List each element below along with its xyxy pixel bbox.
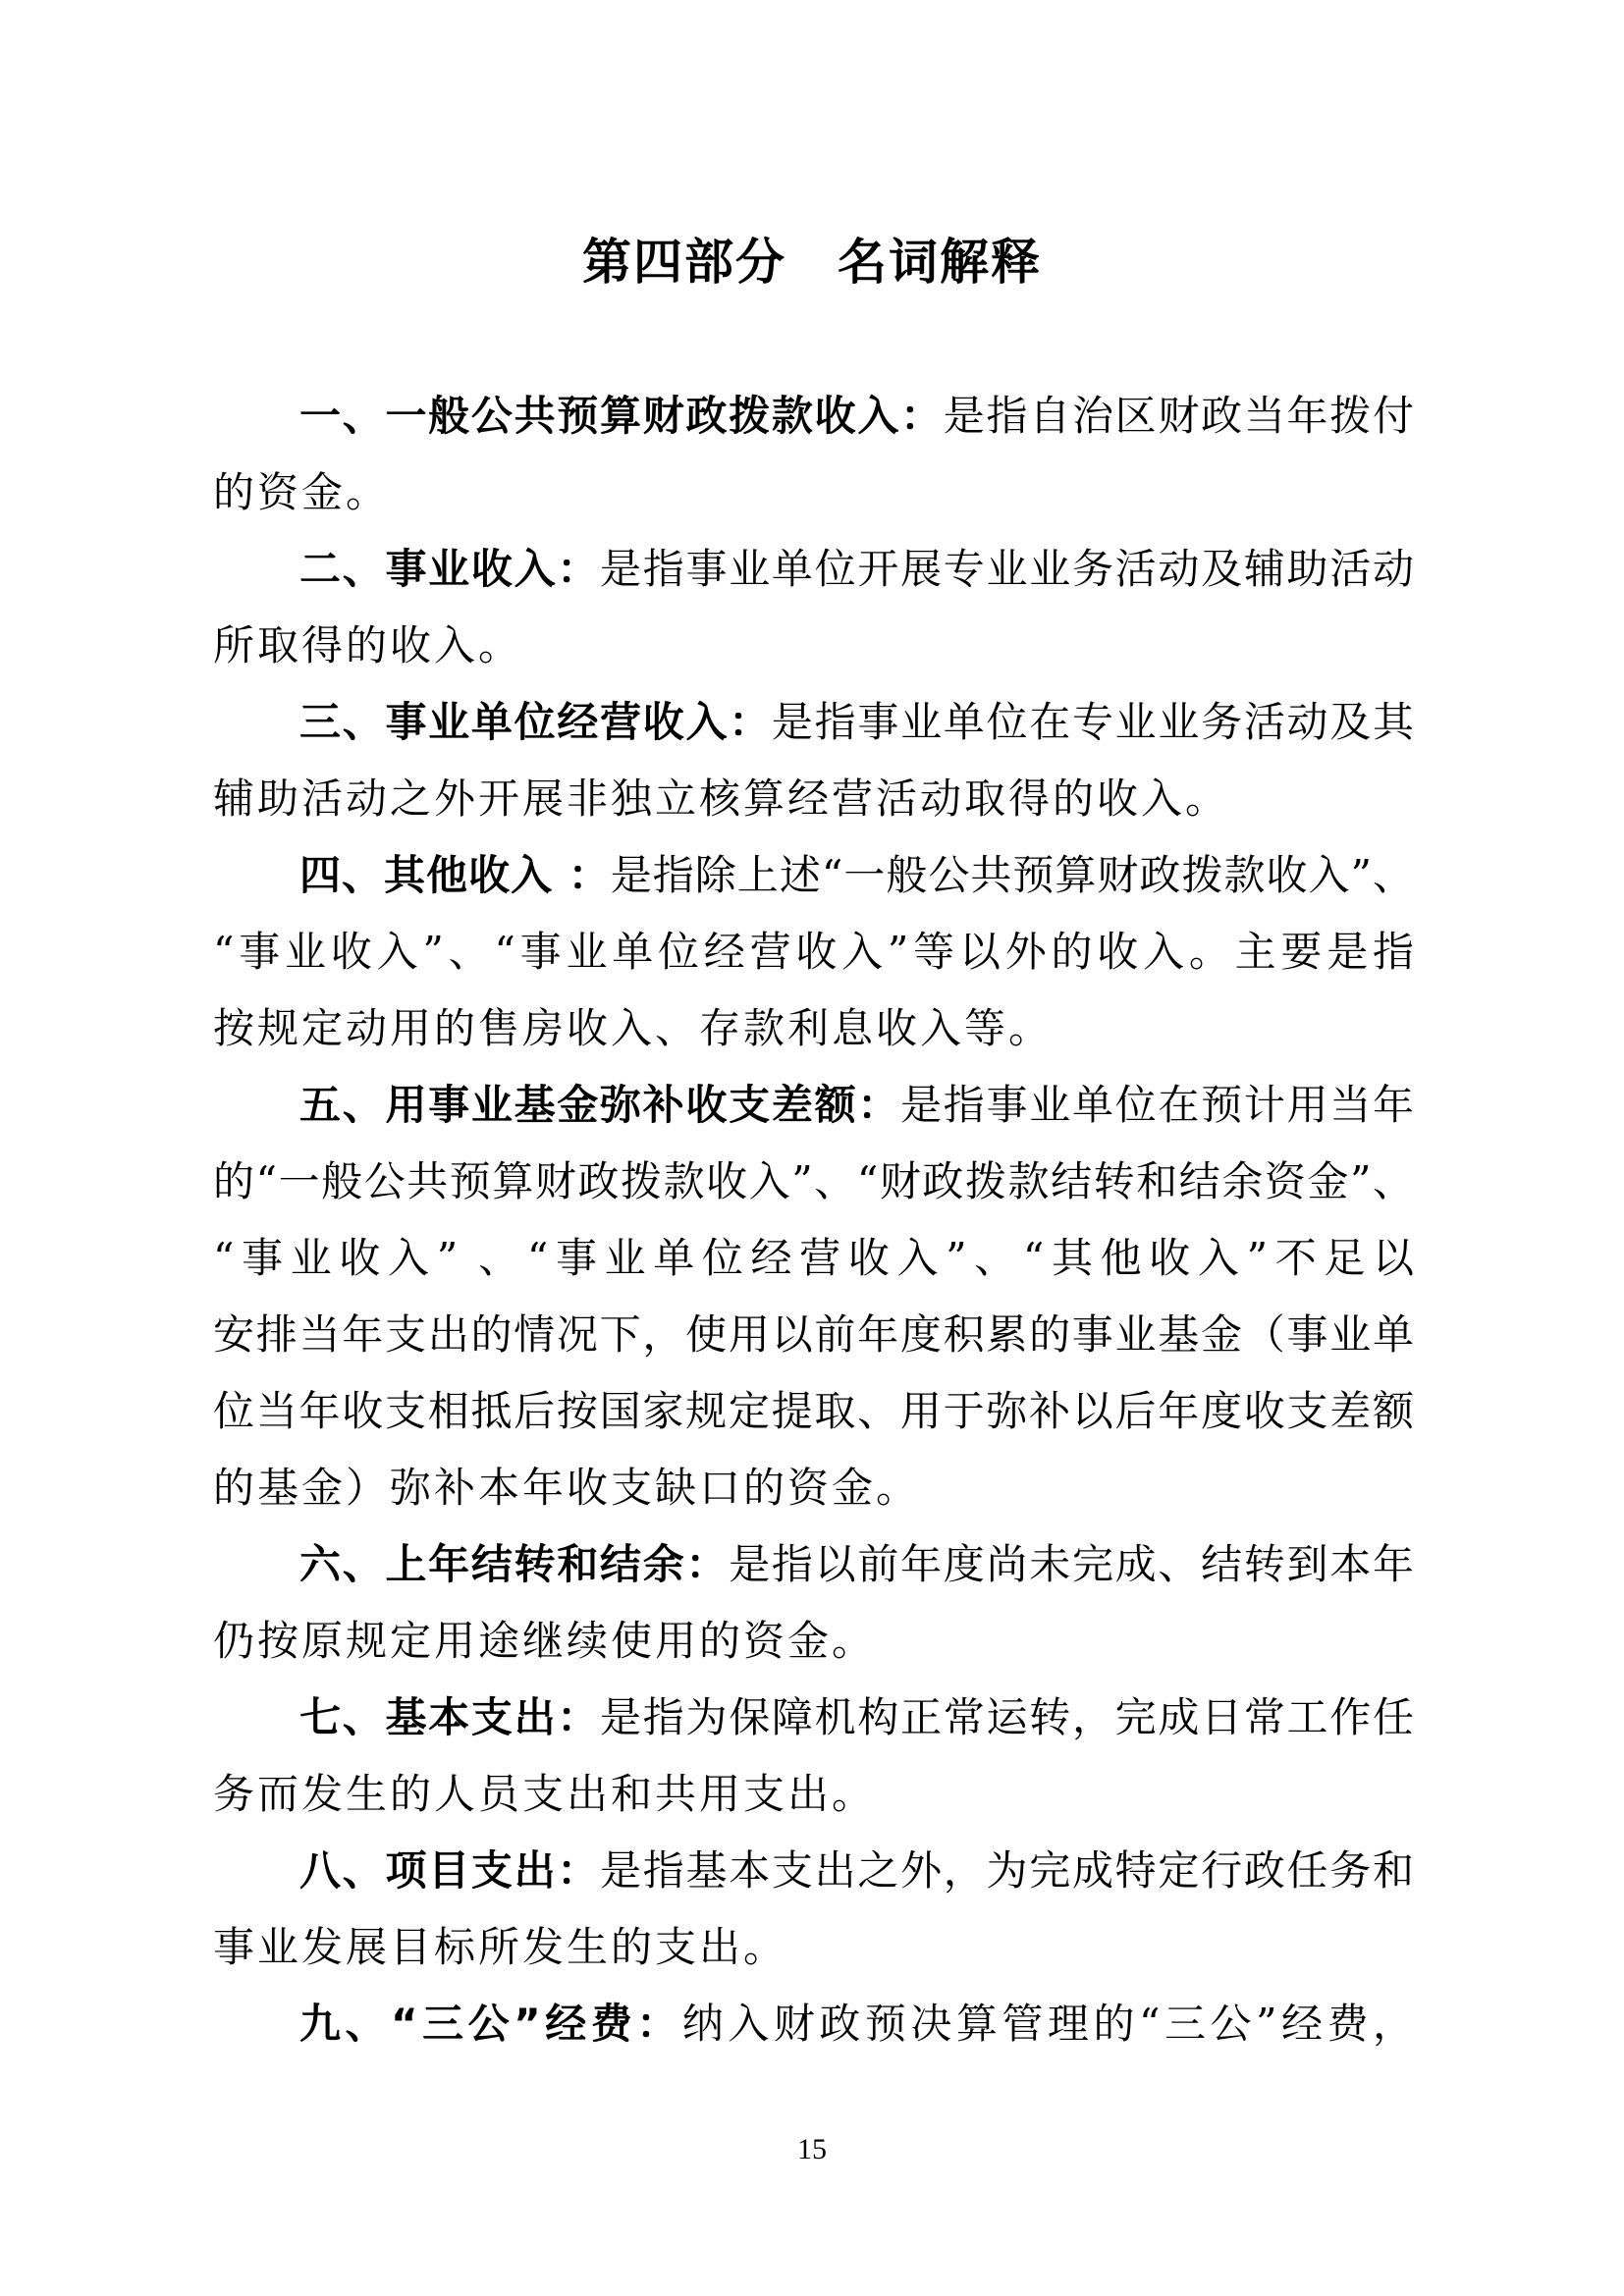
- glossary-term: 八、项目支出：: [299, 1846, 600, 1895]
- glossary-entry: 八、项目支出：是指基本支出之外，为完成特定行政任务和 事业发展目标所发生的支出。: [213, 1833, 1414, 1986]
- text-line: 的基金）弥补本年收支缺口的资金。: [213, 1450, 1414, 1526]
- glossary-term: 七、基本支出：: [299, 1693, 600, 1741]
- glossary-term: 五、用事业基金弥补收支差额：: [299, 1081, 900, 1129]
- glossary-entry: 五、用事业基金弥补收支差额：是指事业单位在预计用当年 的“一般公共预算财政拨款收…: [213, 1067, 1414, 1526]
- glossary-definition: 是指除上述“一般公共预算财政拨款收入”、: [611, 851, 1414, 899]
- glossary-definition: 是指事业单位在专业业务活动及其: [772, 698, 1414, 746]
- text-line: 安排当年支出的情况下，使用以前年度积累的事业基金（事业单: [213, 1297, 1414, 1373]
- glossary-entry: 三、事业单位经营收入：是指事业单位在专业业务活动及其 辅助活动之外开展非独立核算…: [213, 684, 1414, 837]
- text-line: 仍按原规定用途继续使用的资金。: [213, 1603, 1414, 1680]
- text-line: 二、事业收入：是指事业单位开展专业业务活动及辅助活动: [213, 531, 1414, 608]
- glossary-definition: 是指以前年度尚未完成、结转到本年: [729, 1540, 1414, 1588]
- text-line: 的“一般公共预算财政拨款收入”、“财政拨款结转和结余资金”、: [213, 1144, 1414, 1220]
- glossary-term: 二、事业收入：: [299, 545, 600, 593]
- glossary-entry: 一、一般公共预算财政拨款收入：是指自治区财政当年拨付 的资金。: [213, 378, 1414, 531]
- glossary-entry: 七、基本支出：是指为保障机构正常运转，完成日常工作任 务而发生的人员支出和共用支…: [213, 1680, 1414, 1833]
- text-line: 九、“三公”经费：纳入财政预决算管理的“三公”经费，: [213, 1986, 1414, 2062]
- text-line: 的资金。: [213, 454, 1414, 531]
- glossary-entry: 九、“三公”经费：纳入财政预决算管理的“三公”经费，: [213, 1986, 1414, 2062]
- glossary-definition: 是指基本支出之外，为完成特定行政任务和: [600, 1846, 1414, 1895]
- text-line: 六、上年结转和结余：是指以前年度尚未完成、结转到本年: [213, 1526, 1414, 1603]
- glossary-entry: 六、上年结转和结余：是指以前年度尚未完成、结转到本年 仍按原规定用途继续使用的资…: [213, 1526, 1414, 1680]
- text-line: “事业收入” 、“事业单位经营收入”、“其他收入”不足以: [213, 1220, 1414, 1297]
- text-line: 位当年收支相抵后按国家规定提取、用于弥补以后年度收支差额: [213, 1373, 1414, 1450]
- glossary-definition: 纳入财政预决算管理的“三公”经费，: [682, 2000, 1414, 2048]
- glossary-entry: 二、事业收入：是指事业单位开展专业业务活动及辅助活动 所取得的收入。: [213, 531, 1414, 684]
- glossary-term: 四、其他收入 ：: [299, 851, 611, 899]
- text-line: 三、事业单位经营收入：是指事业单位在专业业务活动及其: [213, 684, 1414, 761]
- text-line: 务而发生的人员支出和共用支出。: [213, 1756, 1414, 1833]
- text-line: 辅助活动之外开展非独立核算经营活动取得的收入。: [213, 761, 1414, 837]
- glossary-definition: 是指为保障机构正常运转，完成日常工作任: [600, 1693, 1414, 1741]
- glossary-definition: 是指事业单位在预计用当年: [900, 1081, 1414, 1129]
- text-line: “事业收入”、“事业单位经营收入”等以外的收入。主要是指: [213, 914, 1414, 990]
- glossary-term: 一、一般公共预算财政拨款收入：: [299, 392, 944, 440]
- text-line: 七、基本支出：是指为保障机构正常运转，完成日常工作任: [213, 1680, 1414, 1756]
- glossary-definition: 是指事业单位开展专业业务活动及辅助活动: [600, 545, 1414, 593]
- glossary-term: 六、上年结转和结余：: [299, 1540, 729, 1588]
- page-title: 第四部分 名词解释: [0, 232, 1624, 293]
- page-number: 15: [0, 2130, 1624, 2169]
- text-line: 四、其他收入 ：是指除上述“一般公共预算财政拨款收入”、: [213, 837, 1414, 914]
- text-line: 八、项目支出：是指基本支出之外，为完成特定行政任务和: [213, 1833, 1414, 1909]
- text-line: 事业发展目标所发生的支出。: [213, 1909, 1414, 1986]
- glossary-term: 九、“三公”经费：: [299, 2000, 682, 2048]
- text-line: 五、用事业基金弥补收支差额：是指事业单位在预计用当年: [213, 1067, 1414, 1144]
- glossary-body: 一、一般公共预算财政拨款收入：是指自治区财政当年拨付 的资金。 二、事业收入：是…: [213, 378, 1414, 2062]
- glossary-definition: 是指自治区财政当年拨付: [944, 392, 1414, 440]
- glossary-entry: 四、其他收入 ：是指除上述“一般公共预算财政拨款收入”、 “事业收入”、“事业单…: [213, 837, 1414, 1067]
- glossary-term: 三、事业单位经营收入：: [299, 698, 772, 746]
- text-line: 所取得的收入。: [213, 608, 1414, 684]
- text-line: 按规定动用的售房收入、存款利息收入等。: [213, 990, 1414, 1067]
- text-line: 一、一般公共预算财政拨款收入：是指自治区财政当年拨付: [213, 378, 1414, 454]
